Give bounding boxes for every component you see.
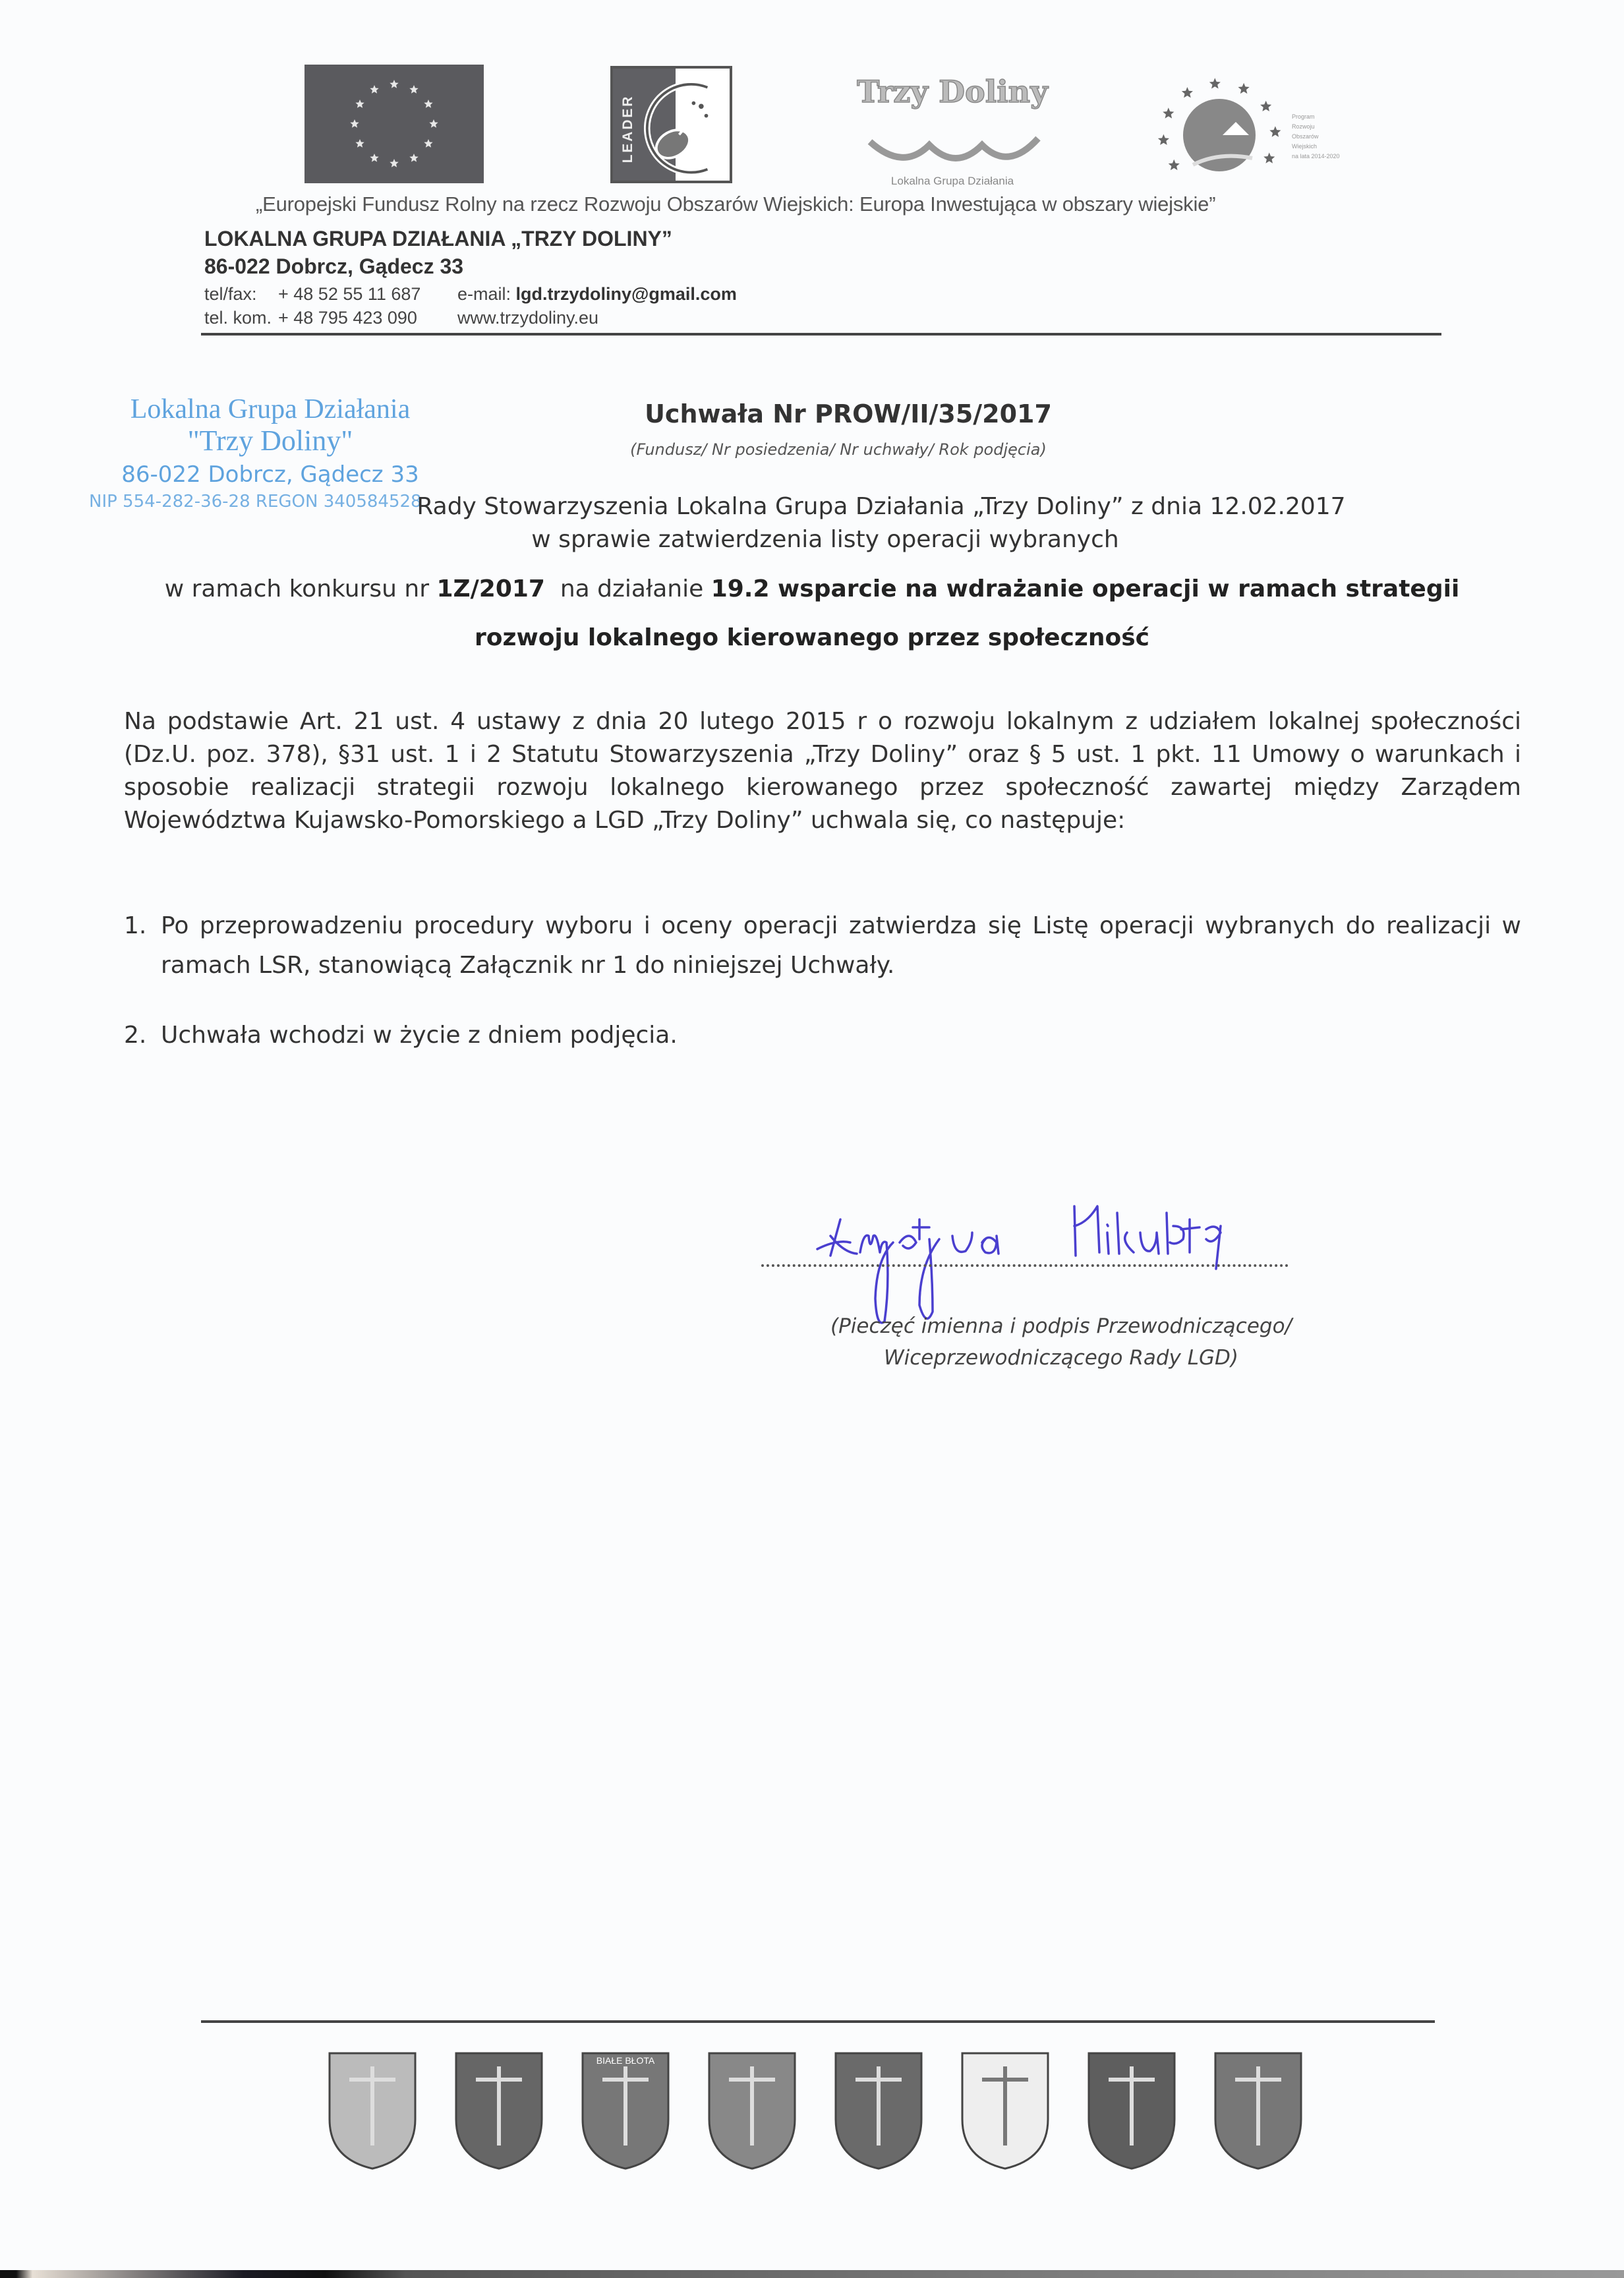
contest-number: 1Z/2017: [436, 575, 545, 602]
preamble-paragraph: Na podstawie Art. 21 ust. 4 ustawy z dni…: [124, 705, 1521, 837]
footer-divider: [201, 2020, 1435, 2023]
handwritten-signature: [778, 1180, 1318, 1331]
signature-caption: (Pieczęć imienna i podpis Przewodniczące…: [725, 1310, 1397, 1374]
title-legend: (Fundusz/ Nr posiedzenia/ Nr uchwały/ Ro…: [0, 440, 1624, 459]
eu-flag-logo: [304, 65, 484, 183]
municipality-crests: BIAŁE BŁOTA: [323, 2047, 1351, 2172]
crest-2-icon: [456, 2053, 542, 2169]
crest-5-icon: [836, 2053, 921, 2169]
email-link[interactable]: lgd.trzydoliny@gmail.com: [516, 284, 737, 304]
organization-contact: tel/fax:+ 48 52 55 11 687e-mail: lgd.trz…: [204, 282, 737, 330]
svg-text:BIAŁE BŁOTA: BIAŁE BŁOTA: [596, 2055, 655, 2066]
header-divider: [201, 333, 1441, 336]
crest-7-icon: [1089, 2053, 1174, 2169]
signature-line: [761, 1264, 1289, 1270]
contest-line: w ramach konkursu nr 1Z/2017 na działani…: [0, 575, 1624, 602]
crest-3-biale-bloto-icon: BIAŁE BŁOTA: [583, 2053, 668, 2169]
scan-edge: [0, 2270, 1624, 2278]
measure-continued: rozwoju lokalnego kierowanego przez społ…: [0, 624, 1624, 651]
fund-slogan: „Europejski Fundusz Rolny na rzecz Rozwo…: [256, 192, 1215, 216]
organization-address: 86-022 Dobrcz, Gądecz 33: [204, 254, 463, 279]
telfax-number: + 48 52 55 11 687: [278, 282, 457, 306]
subject-line: w sprawie zatwierdzenia listy operacji w…: [0, 526, 1624, 553]
organization-name: LOKALNA GRUPA DZIAŁANIA „TRZY DOLINY”: [204, 227, 672, 251]
svg-text:LEADER: LEADER: [620, 95, 635, 163]
measure: 19.2 wsparcie na wdrażanie operacji w ra…: [711, 575, 1460, 602]
council-line: Rady Stowarzyszenia Lokalna Grupa Działa…: [0, 493, 1624, 520]
resolution-items: 1. Po przeprowadzeniu procedury wyboru i…: [124, 906, 1521, 1055]
resolution-title: Uchwała Nr PROW/II/35/2017: [0, 399, 1624, 428]
website-link[interactable]: www.trzydoliny.eu: [457, 308, 598, 328]
crest-1-icon: [330, 2053, 415, 2169]
list-item: 1. Po przeprowadzeniu procedury wyboru i…: [124, 906, 1521, 985]
trzy-doliny-caption: Lokalna Grupa Działania: [850, 175, 1055, 188]
mobile-number: + 48 795 423 090: [278, 306, 457, 330]
crest-8-icon: [1215, 2053, 1301, 2169]
crest-6-icon: [962, 2053, 1048, 2169]
list-item: 2. Uchwała wchodzi w życie z dniem podję…: [124, 1016, 1521, 1055]
trzy-doliny-logo: Trzy Doliny Lokalna Grupa Działania: [850, 66, 1055, 188]
svg-text:Trzy Doliny: Trzy Doliny: [857, 74, 1049, 109]
crest-4-icon: [709, 2053, 795, 2169]
leader-logo: LEADER: [610, 66, 732, 183]
prow-logo: Program Rozwoju Obszarów Wiejskich na la…: [1153, 73, 1364, 188]
